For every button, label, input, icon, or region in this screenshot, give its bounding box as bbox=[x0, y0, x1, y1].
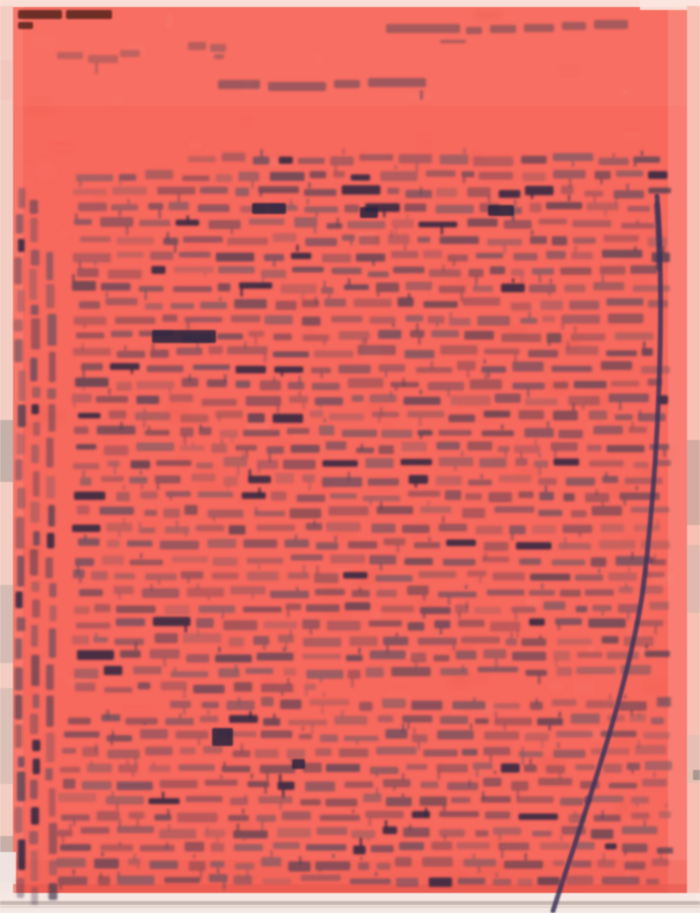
letter-image bbox=[0, 0, 700, 913]
bottom-scan-band bbox=[0, 893, 700, 913]
scanned-letter bbox=[0, 0, 700, 913]
